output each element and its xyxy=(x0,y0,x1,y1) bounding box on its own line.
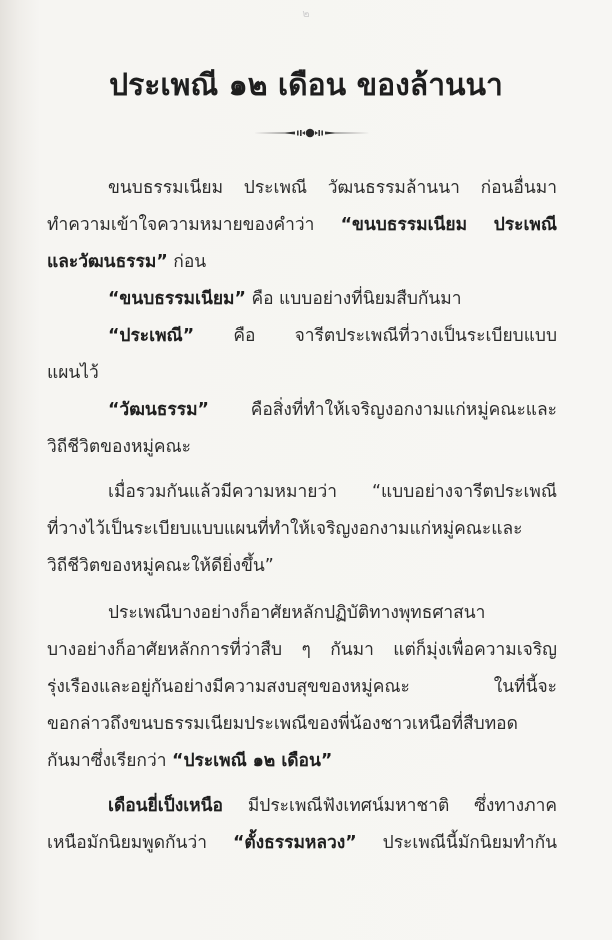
text-segment: รุ่งเรืองและอยู่กันอย่างมีความสงบสุขของห… xyxy=(47,677,557,697)
text-segment: คือ แบบอย่างที่นิยมสืบกันมา xyxy=(246,289,462,309)
paragraph-gap xyxy=(47,585,557,595)
text-line: ขอกล่าวถึงขนบธรรมเนียมประเพณีของพี่น้องช… xyxy=(47,706,557,743)
text-line: ที่วางไว้เป็นระเบียบแบบแผนที่ทำให้เจริญง… xyxy=(47,511,557,548)
paragraph-gap xyxy=(47,780,557,788)
paragraph: เดือนยี่เป็งเหนือ มีประเพณีฟังเทศน์มหาชา… xyxy=(47,788,557,862)
text-line: และวัฒนธรรม” ก่อน xyxy=(47,244,557,281)
text-segment: เมื่อรวมกันแล้วมีความหมายว่า “แบบอย่างจา… xyxy=(108,482,557,502)
text-segment: ประเพณีบางอย่างก็อาศัยหลักปฏิบัติทางพุทธ… xyxy=(108,603,485,623)
text-segment: ก่อน xyxy=(168,252,206,272)
text-segment: เหนือมักนิยมพูดกันว่า xyxy=(47,833,233,853)
bold-term: “ขนบธรรมเนียม” xyxy=(108,289,246,309)
text-line: บางอย่างก็อาศัยหลักการที่ว่าสืบ ๆ กันมา … xyxy=(47,632,557,669)
text-segment: ขนบธรรมเนียม ประเพณี วัฒนธรรมล้านนา ก่อน… xyxy=(108,178,557,198)
text-segment: มีประเพณีฟังเทศน์มหาชาติ ซึ่งทางภาค xyxy=(223,796,557,816)
text-segment: วิถีชีวิตของหมู่คณะ xyxy=(47,437,191,457)
bold-term: “ขนบธรรมเนียม ประเพณี xyxy=(341,215,557,235)
text-line: ทำความเข้าใจความหมายของคำว่า “ขนบธรรมเนี… xyxy=(47,207,557,244)
body-text: ขนบธรรมเนียม ประเพณี วัฒนธรรมล้านนา ก่อน… xyxy=(47,170,557,862)
text-line: เหนือมักนิยมพูดกันว่า “ตั้งธรรมหลวง” ประ… xyxy=(47,825,557,862)
text-line: เมื่อรวมกันแล้วมีความหมายว่า “แบบอย่างจา… xyxy=(47,474,557,511)
paragraph: เมื่อรวมกันแล้วมีความหมายว่า “แบบอย่างจา… xyxy=(47,474,557,585)
text-segment: ประเพณีนี้มักนิยมทำกัน xyxy=(357,833,557,853)
text-line: “ขนบธรรมเนียม” คือ แบบอย่างที่นิยมสืบกัน… xyxy=(47,281,557,318)
bold-term: “ตั้งธรรมหลวง” xyxy=(233,833,357,853)
text-line: ประเพณีบางอย่างก็อาศัยหลักปฏิบัติทางพุทธ… xyxy=(47,595,557,632)
page-number: ๒ xyxy=(0,4,612,22)
text-line: กันมาซึ่งเรียกว่า “ประเพณี ๑๒ เดือน” xyxy=(47,743,557,780)
text-segment: แผนไว้ xyxy=(47,363,99,383)
text-segment: บางอย่างก็อาศัยหลักการที่ว่าสืบ ๆ กันมา … xyxy=(47,640,557,660)
text-line: “วัฒนธรรม” คือสิ่งที่ทำให้เจริญงอกงามแก่… xyxy=(47,392,557,429)
bold-term: และวัฒนธรรม” xyxy=(47,252,168,272)
text-line: วิถีชีวิตของหมู่คณะให้ดียิ่งขึ้น” xyxy=(47,548,557,585)
ornamental-divider-icon xyxy=(250,127,370,139)
text-line: ขนบธรรมเนียม ประเพณี วัฒนธรรมล้านนา ก่อน… xyxy=(47,170,557,207)
page-title: ประเพณี ๑๒ เดือน ของล้านนา xyxy=(0,62,612,109)
text-segment: คือสิ่งที่ทำให้เจริญงอกงามแก่หมู่คณะและ xyxy=(209,400,557,420)
text-line: วิถีชีวิตของหมู่คณะ xyxy=(47,429,557,466)
text-segment: คือ จารีตประเพณีที่วางเป็นระเบียบแบบ xyxy=(194,326,557,346)
paragraph: “วัฒนธรรม” คือสิ่งที่ทำให้เจริญงอกงามแก่… xyxy=(47,392,557,466)
text-segment: ที่วางไว้เป็นระเบียบแบบแผนที่ทำให้เจริญง… xyxy=(47,519,522,539)
bold-term: “วัฒนธรรม” xyxy=(108,400,209,420)
text-line: แผนไว้ xyxy=(47,355,557,392)
bold-term: “ประเพณี” xyxy=(108,326,194,346)
paragraph: ประเพณีบางอย่างก็อาศัยหลักปฏิบัติทางพุทธ… xyxy=(47,595,557,780)
paragraph: “ประเพณี” คือ จารีตประเพณีที่วางเป็นระเบ… xyxy=(47,318,557,392)
text-segment: ขอกล่าวถึงขนบธรรมเนียมประเพณีของพี่น้องช… xyxy=(47,714,518,734)
bold-term: เดือนยี่เป็งเหนือ xyxy=(108,796,223,816)
paragraph: ขนบธรรมเนียม ประเพณี วัฒนธรรมล้านนา ก่อน… xyxy=(47,170,557,281)
paragraph: “ขนบธรรมเนียม” คือ แบบอย่างที่นิยมสืบกัน… xyxy=(47,281,557,318)
text-segment: กันมาซึ่งเรียกว่า xyxy=(47,751,172,771)
text-line: เดือนยี่เป็งเหนือ มีประเพณีฟังเทศน์มหาชา… xyxy=(47,788,557,825)
paragraph-gap xyxy=(47,466,557,474)
text-segment: ทำความเข้าใจความหมายของคำว่า xyxy=(47,215,341,235)
text-line: รุ่งเรืองและอยู่กันอย่างมีความสงบสุขของห… xyxy=(47,669,557,706)
text-line: “ประเพณี” คือ จารีตประเพณีที่วางเป็นระเบ… xyxy=(47,318,557,355)
text-segment: วิถีชีวิตของหมู่คณะให้ดียิ่งขึ้น” xyxy=(47,556,274,576)
bold-term: “ประเพณี ๑๒ เดือน” xyxy=(172,751,332,771)
